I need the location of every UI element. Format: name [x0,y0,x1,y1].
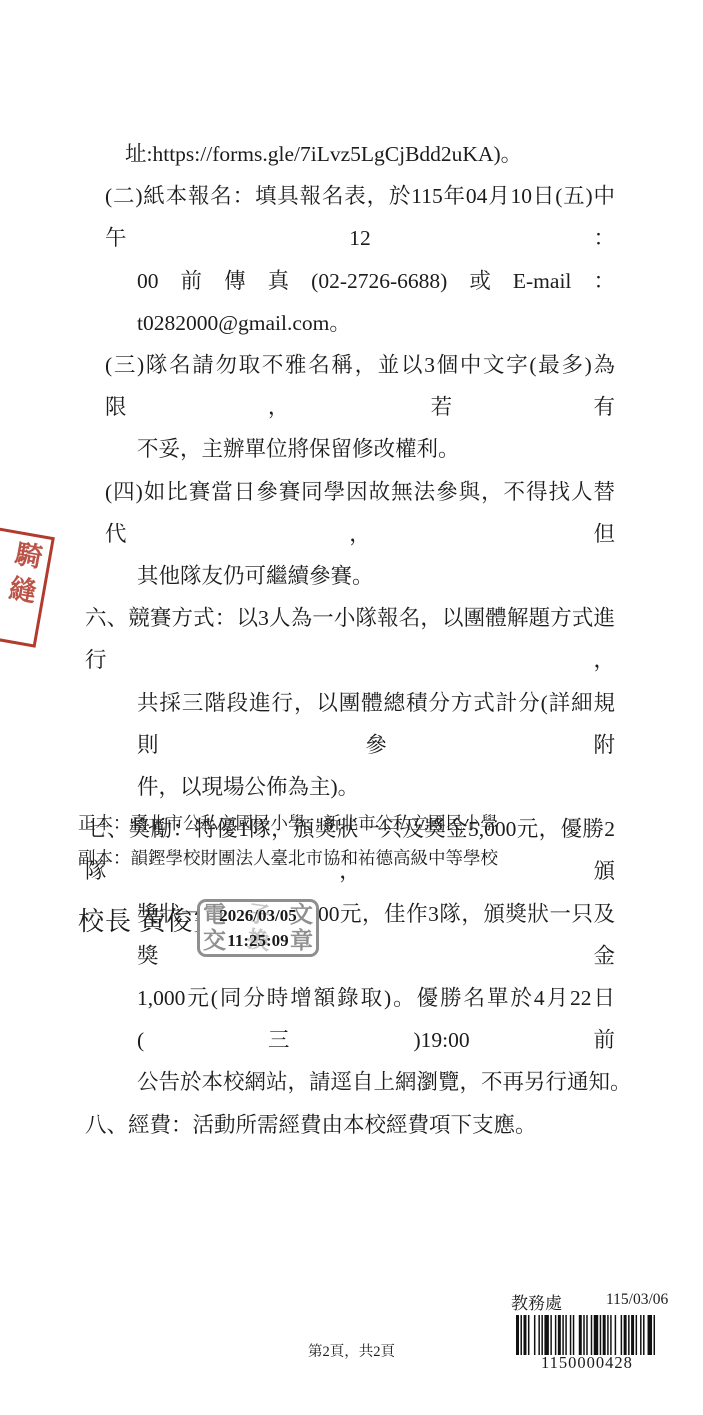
doc-line-segment: 前 [181,260,203,302]
doc-line: 六、競賽方式：以3人為一小隊報名，以團體解題方式進行， [85,597,615,681]
doc-line: 公告於本校網站，請逕自上網瀏覽，不再另行通知。 [85,1061,615,1103]
doc-line: (四)如比賽當日參賽同學因故無法參與，不得找人替代，但 [85,471,615,555]
exchange-seal-date: 2026/03/05 [200,903,316,928]
doc-line-segment: 或 [469,260,491,302]
doc-line: 共採三階段進行，以團體總積分方式計分(詳細規則參附 [85,682,615,766]
document-body: 址:https://forms.gle/7iLvz5LgCjBdd2uKA)。(… [85,133,615,1146]
doc-line: t0282000@gmail.com。 [85,302,615,344]
exchange-seal-time: 11:25:09 [200,928,316,953]
doc-line-segment: 傳 [224,260,246,302]
doc-line: 件，以現場公佈為主)。 [85,766,615,808]
doc-line: 不妥，主辦單位將保留修改權利。 [85,428,615,470]
doc-line: 八、經費：活動所需經費由本校經費項下支應。 [85,1104,615,1146]
page-joint-seal: 騎縫 [0,518,55,647]
exchange-seal-timestamp: 2026/03/05 11:25:09 [200,902,316,954]
doc-line-segment: E-mail [513,260,572,302]
department-label: 教務處 [511,1289,562,1314]
page-number-label: 第2頁，共2頁 [0,1340,703,1361]
page-joint-seal-text: 騎縫 [0,538,49,614]
doc-line: (二)紙本報名：填具報名表，於115年04月10日(五)中午12： [85,175,615,259]
distribution-copy: 副本：韻鏗學校財團法人臺北市協和祐德高級中等學校 [78,841,498,876]
doc-line-segment: ： [593,260,615,302]
doc-line: 址:https://forms.gle/7iLvz5LgCjBdd2uKA)。 [85,133,615,175]
filing-date: 115/03/06 [606,1291,668,1309]
electronic-exchange-seal: 電 子 文 交 換 章 2026/03/05 11:25:09 [197,899,319,957]
doc-line: 00前傳真(02-2726-6688)或E-mail： [85,260,615,302]
doc-line-segment: 真 [268,260,290,302]
document-page: 騎縫 址:https://forms.gle/7iLvz5LgCjBdd2uKA… [0,0,703,1415]
doc-line: 其他隊友仍可繼續參賽。 [85,555,615,597]
doc-line: 1,000元(同分時增額錄取)。優勝名單於4月22日(三)19:00前 [85,977,615,1061]
distribution-block: 正本：臺北市公私立國民小學、新北市公私立國民小學 副本：韻鏗學校財團法人臺北市協… [78,806,498,875]
doc-line-segment: (02-2726-6688) [311,260,447,302]
distribution-original: 正本：臺北市公私立國民小學、新北市公私立國民小學 [78,806,498,841]
doc-line-segment: 00 [137,260,159,302]
doc-line: (三)隊名請勿取不雅名稱，並以3個中文字(最多)為限，若有 [85,344,615,428]
